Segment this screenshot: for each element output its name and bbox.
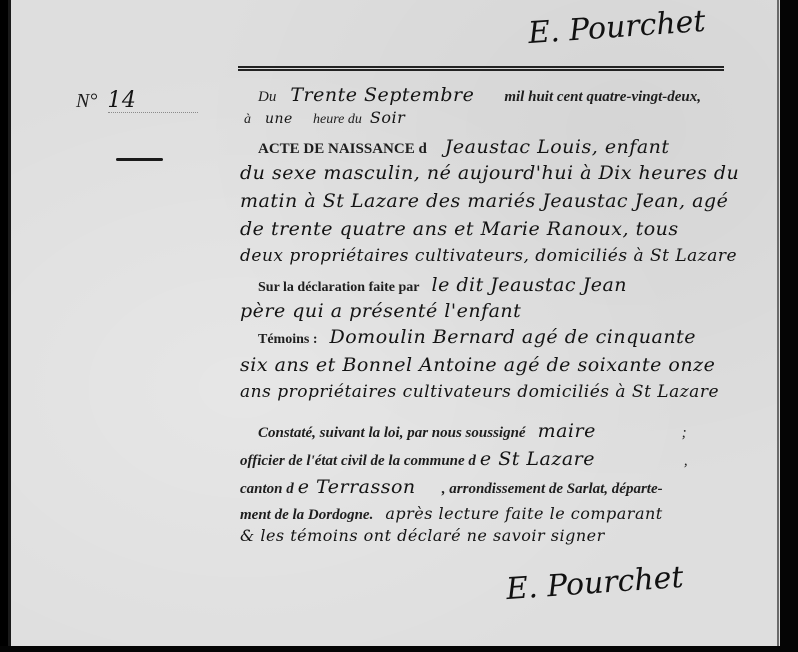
page-right-rule — [777, 0, 779, 646]
birth-text-line-4: deux propriétaires cultivateurs, domicil… — [240, 246, 737, 266]
scan-border-bottom — [0, 646, 798, 652]
birth-text-line-3: de trente quatre ans et Marie Ranoux, to… — [240, 218, 679, 240]
witness-text-line-1: Domoulin Bernard agé de cinquante — [330, 326, 696, 348]
record-number-value: 14 — [107, 88, 136, 113]
certification-printed-2: officier de l'état civil de la commune d — [240, 453, 476, 469]
record-number: N° 14 — [76, 88, 136, 113]
declaration-text-line: père qui a présenté l'enfant — [240, 300, 521, 322]
birth-act-heading: ACTE DE NAISSANCE d Jeaustac Louis, enfa… — [258, 136, 670, 158]
commune-name: e St Lazare — [480, 448, 680, 470]
witnesses-line: Témoins : Domoulin Bernard agé de cinqua… — [258, 326, 696, 348]
date-year: mil huit cent quatre-vingt-deux, — [504, 89, 701, 105]
scan-border-right — [780, 0, 798, 652]
hour-period: Soir — [370, 108, 405, 127]
departement-text: ment de la Dordogne. — [240, 507, 373, 523]
record-number-underline — [108, 112, 198, 113]
date-day-month: Trente Septembre — [290, 84, 500, 106]
certification-line-4: ment de la Dordogne. après lecture faite… — [240, 504, 663, 524]
punct: , — [684, 453, 688, 469]
arrondissement-text: , arrondissement de Sarlat, départe- — [442, 481, 663, 497]
reading-note: après lecture faite le comparant — [385, 504, 662, 523]
date-prefix: Du — [258, 89, 276, 105]
canton-name: e Terrasson — [298, 476, 438, 498]
declaration-line: Sur la déclaration faite par le dit Jeau… — [258, 274, 627, 296]
date-line: Du Trente Septembre mil huit cent quatre… — [258, 84, 701, 106]
canton-label: canton d — [240, 481, 294, 497]
child-name: Jeaustac Louis, enfant — [445, 136, 670, 158]
witnesses-label: Témoins : — [258, 332, 318, 347]
birth-text-line-1: du sexe masculin, né aujourd'hui à Dix h… — [240, 162, 739, 184]
certification-line-2: officier de l'état civil de la commune d… — [240, 448, 688, 470]
signing-note: & les témoins ont déclaré ne savoir sign… — [240, 526, 605, 545]
birth-text-line-2: matin à St Lazare des mariés Jeaustac Je… — [240, 190, 728, 212]
certification-line-3: canton d e Terrasson , arrondissement de… — [240, 476, 663, 498]
record-number-label: N° — [76, 90, 97, 112]
declaration-label: Sur la déclaration faite par — [258, 280, 420, 295]
certification-printed-1: Constaté, suivant la loi, par nous souss… — [258, 425, 526, 441]
certification-line-1: Constaté, suivant la loi, par nous souss… — [258, 420, 687, 442]
witness-text-line-2: six ans et Bonnel Antoine agé de soixant… — [240, 354, 715, 376]
birth-act-label: ACTE DE NAISSANCE d — [258, 141, 427, 157]
hour-value: une — [265, 111, 309, 127]
separator-rule — [116, 158, 163, 161]
hour-line: à une heure du Soir — [244, 108, 405, 128]
punct: ; — [682, 425, 687, 441]
declarant-name: le dit Jeaustac Jean — [432, 274, 628, 296]
header-double-rule — [238, 66, 724, 71]
witness-text-line-3: ans propriétaires cultivateurs domicilié… — [240, 382, 719, 402]
officer-title: maire — [538, 420, 678, 442]
hour-prefix: à — [244, 112, 251, 127]
hour-middle: heure du — [313, 112, 362, 127]
